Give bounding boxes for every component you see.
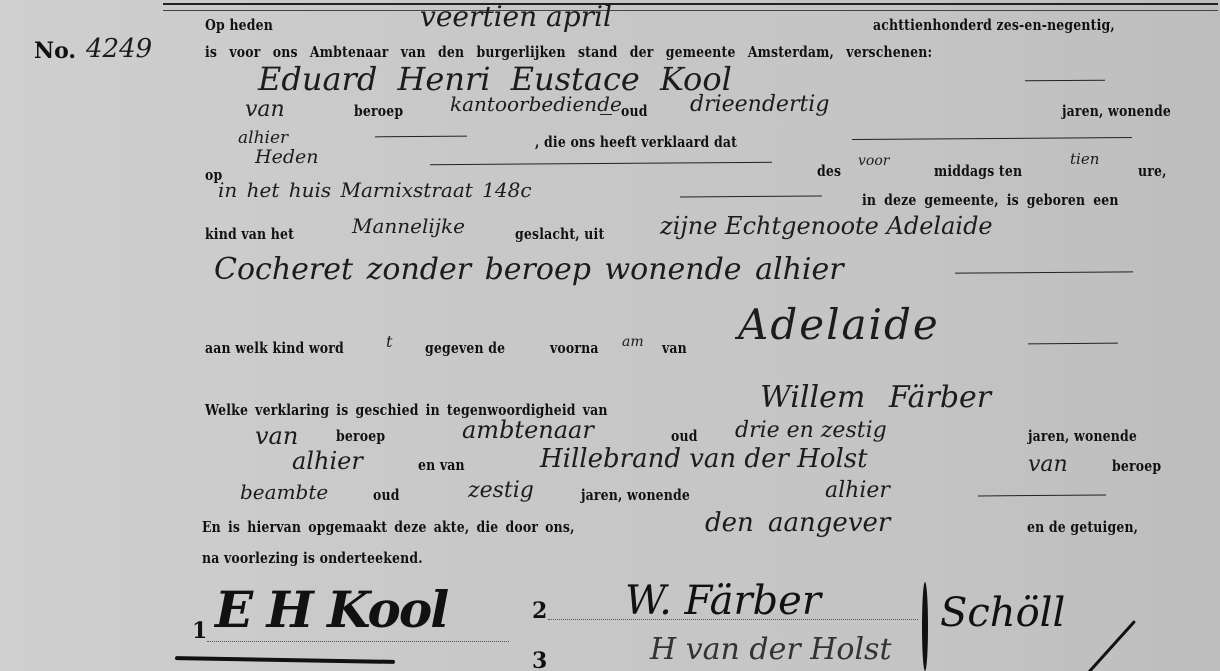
- handwritten-witness2-residence: alhier: [825, 478, 890, 503]
- printed-beroep-3: beroep: [1112, 458, 1161, 475]
- printed-line2: is voor ons Ambtenaar van den burgerlijk…: [205, 44, 932, 61]
- printed-gegeven-de: gegeven de: [425, 340, 505, 357]
- handwritten-witness2-age: zestig: [468, 478, 534, 503]
- signature-declarant: E H Kool: [215, 580, 447, 639]
- fill-line: [680, 196, 822, 198]
- handwritten-heden: Heden: [255, 146, 318, 168]
- signature-line-1: [207, 641, 509, 642]
- handwritten-den-aangever: den aangever: [705, 508, 890, 538]
- printed-na-voorlezing: na voorlezing is onderteekend.: [202, 550, 423, 567]
- handwritten-sex: Mannelijke: [352, 214, 465, 238]
- printed-jaren-wonende-3: jaren, wonende: [581, 487, 690, 504]
- fill-line: [978, 495, 1106, 497]
- printed-beroep-1: beroep: [354, 103, 403, 120]
- handwritten-address: in het huis Marnixstraat 148c: [218, 178, 532, 202]
- printed-kind-van-het: kind van het: [205, 226, 294, 243]
- printed-jaren-wonende-2: jaren, wonende: [1028, 428, 1137, 445]
- handwritten-t: t: [386, 332, 392, 351]
- record-number-label: No.: [34, 38, 76, 64]
- record-number: 4249: [86, 34, 152, 64]
- handwritten-spouse-intro: zijne Echtgenoote Adelaide: [660, 212, 993, 240]
- printed-en-de-getuigen: en de getuigen,: [1027, 519, 1138, 536]
- fill-line: [1025, 80, 1105, 82]
- handwritten-witness2-occupation: beambte: [240, 480, 328, 504]
- printed-oud-2: oud: [671, 428, 698, 445]
- printed-middags-ten: middags ten: [934, 163, 1022, 180]
- printed-ure: ure,: [1138, 163, 1167, 180]
- signature-brace: [922, 582, 928, 671]
- handwritten-witness1-name: Willem Färber: [760, 380, 991, 415]
- printed-beroep-2: beroep: [336, 428, 385, 445]
- handwritten-witness1-residence: alhier: [292, 447, 363, 475]
- printed-geslacht-uit: geslacht, uit: [515, 226, 604, 243]
- handwritten-date: veertien april: [420, 0, 612, 33]
- handwritten-witness2-name: Hillebrand van der Holst: [540, 444, 868, 474]
- signature-flourish: [175, 656, 395, 664]
- signature-witness2: H van der Holst: [650, 632, 892, 667]
- signature-witness1: W. Färber: [625, 578, 821, 624]
- handwritten-given-name: Adelaide: [738, 300, 940, 349]
- printed-verklaard: , die ons heeft verklaard dat: [535, 134, 737, 151]
- handwritten-residence: alhier: [238, 128, 288, 148]
- printed-oud-1: oud: [621, 103, 648, 120]
- fill-line: [430, 162, 772, 165]
- handwritten-witness1-occupation: ambtenaar: [462, 416, 594, 444]
- signature-number-1: 1: [192, 618, 207, 644]
- top-border-rule: [163, 3, 1218, 11]
- printed-geboren: in deze gemeente, is geboren een: [862, 192, 1119, 209]
- fill-line: [955, 271, 1133, 273]
- handwritten-witness1-age: drie en zestig: [735, 418, 887, 443]
- handwritten-van-2: van: [255, 422, 298, 450]
- printed-jaren-wonende-1: jaren, wonende: [1062, 103, 1171, 120]
- fill-line: [852, 137, 1132, 140]
- fill-line: [375, 136, 467, 138]
- signature-number-3: 3: [532, 648, 547, 671]
- handwritten-van-3: van: [1028, 452, 1068, 477]
- fill-line: [1028, 343, 1118, 345]
- printed-aan-welk: aan welk kind word: [205, 340, 344, 357]
- signature-official: Schöll: [940, 590, 1065, 636]
- handwritten-van-1: van: [245, 97, 285, 122]
- printed-van: van: [662, 340, 687, 357]
- handwritten-age: drieendertig: [690, 92, 829, 117]
- printed-voorna: voorna: [550, 340, 599, 357]
- printed-op-heden: Op heden: [205, 17, 273, 34]
- handwritten-spouse-surname: Cocheret zonder beroep wonende alhier: [214, 252, 844, 287]
- handwritten-occupation: kantoorbediende: [450, 92, 622, 116]
- printed-des: des: [817, 163, 841, 180]
- signature-official-stroke: [1087, 620, 1136, 671]
- signature-number-2: 2: [532, 598, 547, 624]
- handwritten-am: am: [622, 334, 644, 350]
- printed-oud-3: oud: [373, 487, 400, 504]
- printed-year: achttienhonderd zes-en-negentig,: [873, 17, 1115, 34]
- handwritten-voor: voor: [858, 153, 889, 169]
- handwritten-tien: tien: [1070, 150, 1099, 168]
- printed-en-van: en van: [418, 457, 465, 474]
- printed-en-is: En is hiervan opgemaakt deze akte, die d…: [202, 519, 575, 536]
- fill-line: [600, 114, 612, 115]
